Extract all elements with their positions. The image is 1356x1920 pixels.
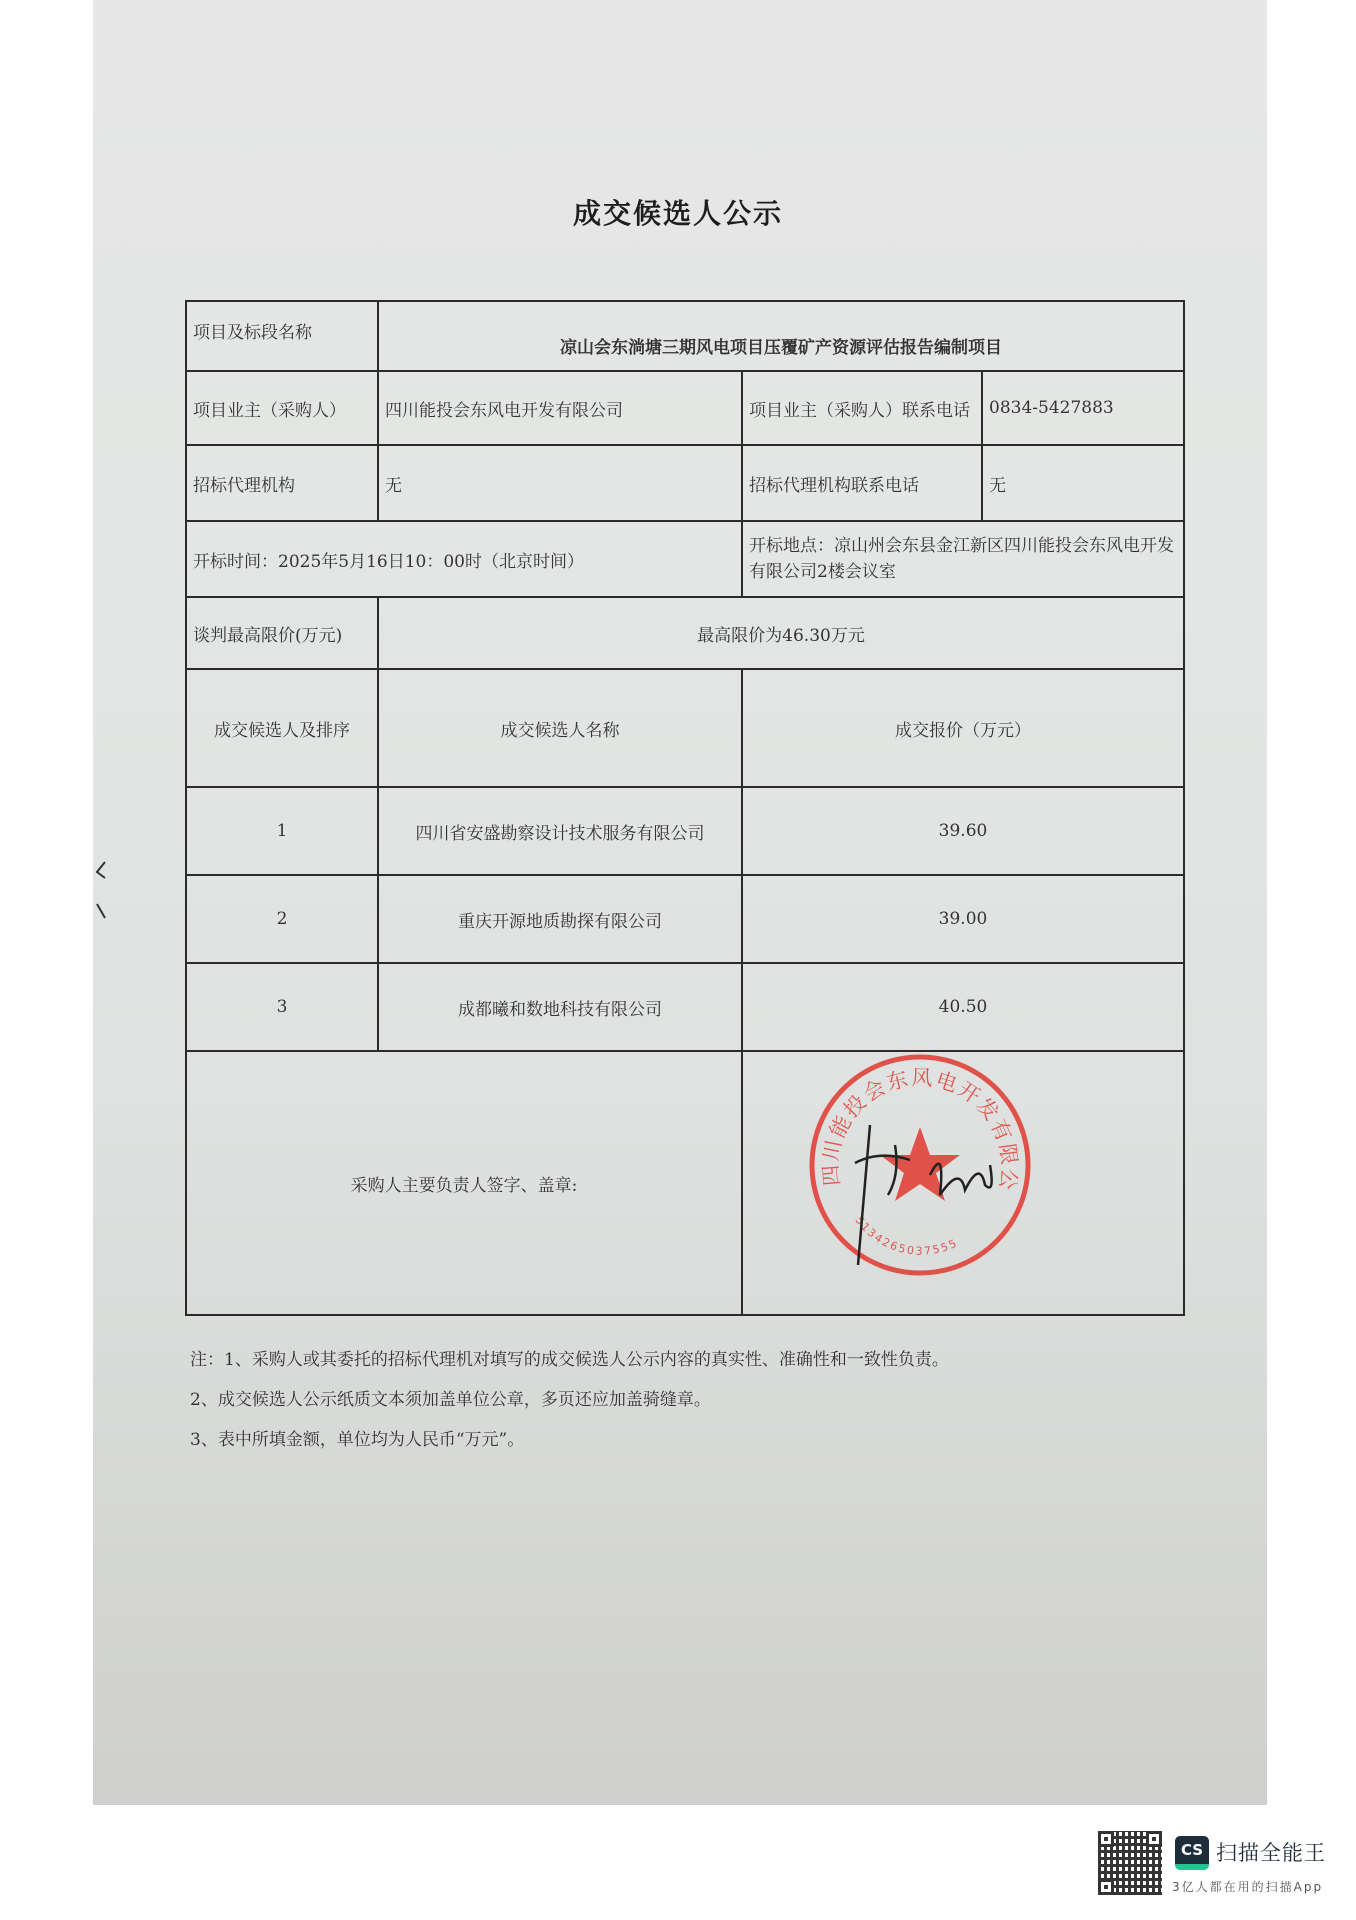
svg-text:5134265037555: 5134265037555 <box>852 1214 960 1258</box>
opening-location: 开标地点：凉山州会东县金江新区四川能投会东风电开发有限公司2楼会议室 <box>743 522 1183 596</box>
candidate-name: 四川省安盛勘察设计技术服务有限公司 <box>379 788 743 874</box>
candidate-price: 40.50 <box>743 964 1183 1050</box>
signature-label: 采购人主要负责人签字、盖章: <box>187 1052 743 1314</box>
owner-phone-value: 0834-5427883 <box>983 372 1183 444</box>
owner-label: 项目业主（采购人） <box>187 372 379 444</box>
agency-value: 无 <box>379 446 743 520</box>
project-name-row: 项目及标段名称 凉山会东淌塘三期风电项目压覆矿产资源评估报告编制项目 <box>187 302 1183 372</box>
table-row: 2 重庆开源地质勘探有限公司 39.00 <box>187 876 1183 964</box>
project-name-label: 项目及标段名称 <box>187 302 379 370</box>
owner-row: 项目业主（采购人） 四川能投会东风电开发有限公司 项目业主（采购人）联系电话 0… <box>187 372 1183 446</box>
max-price-label: 谈判最高限价(万元) <box>187 598 379 668</box>
table-row: 3 成都曦和数地科技有限公司 40.50 <box>187 964 1183 1052</box>
candidate-name: 重庆开源地质勘探有限公司 <box>379 876 743 962</box>
seal-number: 5134265037555 <box>852 1214 960 1258</box>
note-2: 2、成交候选人公示纸质文本须加盖单位公章，多页还应加盖骑缝章。 <box>190 1385 949 1425</box>
notes: 注：1、采购人或其委托的招标代理机对填写的成交候选人公示内容的真实性、准确性和一… <box>190 1345 949 1465</box>
watermark-app-name: 扫描全能王 <box>1216 1837 1326 1867</box>
header-price: 成交报价（万元） <box>743 670 1183 786</box>
candidate-name: 成都曦和数地科技有限公司 <box>379 964 743 1050</box>
note-1: 注：1、采购人或其委托的招标代理机对填写的成交候选人公示内容的真实性、准确性和一… <box>190 1345 949 1385</box>
camscanner-logo-icon: CS <box>1175 1836 1209 1870</box>
owner-phone-label: 项目业主（采购人）联系电话 <box>743 372 983 444</box>
agency-row: 招标代理机构 无 招标代理机构联系电话 无 <box>187 446 1183 522</box>
owner-value: 四川能投会东风电开发有限公司 <box>379 372 743 444</box>
note-3: 3、表中所填金额，单位均为人民币“万元”。 <box>190 1425 949 1465</box>
candidate-rank: 1 <box>187 788 379 874</box>
official-seal-icon: 四川能投会东风电开发有限公司 5134265037555 <box>800 1045 1040 1285</box>
document-title: 成交候选人公示 <box>0 192 1356 232</box>
header-name: 成交候选人名称 <box>379 670 743 786</box>
candidate-rank: 3 <box>187 964 379 1050</box>
agency-phone-label: 招标代理机构联系电话 <box>743 446 983 520</box>
candidate-header-row: 成交候选人及排序 成交候选人名称 成交报价（万元） <box>187 670 1183 788</box>
watermark-tagline: 3亿人都在用的扫描App <box>1172 1878 1323 1895</box>
opening-row: 开标时间：2025年5月16日10：00时（北京时间） 开标地点：凉山州会东县金… <box>187 522 1183 598</box>
agency-label: 招标代理机构 <box>187 446 379 520</box>
candidate-price: 39.00 <box>743 876 1183 962</box>
table-row: 1 四川省安盛勘察设计技术服务有限公司 39.60 <box>187 788 1183 876</box>
max-price-value: 最高限价为46.30万元 <box>379 598 1183 668</box>
candidate-rank: 2 <box>187 876 379 962</box>
edge-mark <box>93 858 107 898</box>
project-name: 凉山会东淌塘三期风电项目压覆矿产资源评估报告编制项目 <box>379 302 1183 370</box>
candidate-price: 39.60 <box>743 788 1183 874</box>
max-price-row: 谈判最高限价(万元) 最高限价为46.30万元 <box>187 598 1183 670</box>
agency-phone-value: 无 <box>983 446 1183 520</box>
header-rank: 成交候选人及排序 <box>187 670 379 786</box>
opening-time: 开标时间：2025年5月16日10：00时（北京时间） <box>187 522 743 596</box>
edge-mark <box>93 900 107 940</box>
qr-code-icon <box>1098 1831 1162 1895</box>
